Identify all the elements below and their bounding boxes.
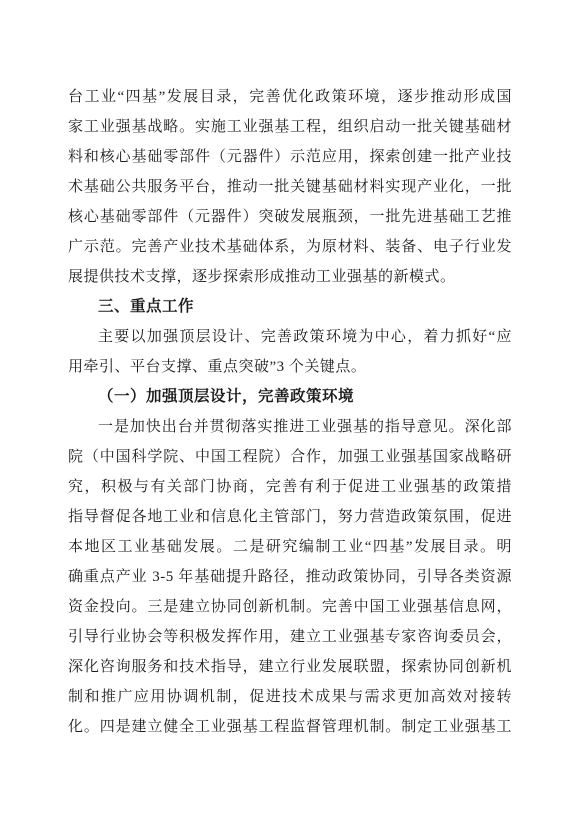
body-text-line: 术基础公共服务平台，推动一批关键基础材料实现产业化，一批 [68, 172, 512, 202]
body-text-line: 本地区工业基础发展。二是研究编制工业“四基”发展目录。明 [68, 532, 512, 562]
body-text-line: 指导督促各地工业和信息化主管部门，努力营造政策氛围，促进 [68, 502, 512, 532]
body-text-line: 化。四是建立健全工业强基工程监督管理机制。制定工业强基工 [68, 712, 512, 742]
body-text-line: 引导行业协会等积极发挥作用，建立工业强基专家咨询委员会， [68, 622, 512, 652]
body-text-line: 深化咨询服务和技术指导，建立行业发展联盟，探索协同创新机 [68, 652, 512, 682]
document-page: 台工业“四基”发展目录，完善优化政策环境，逐步推动形成国 家工业强基战略。实施工… [0, 0, 580, 820]
body-text-line: 家工业强基战略。实施工业强基工程，组织启动一批关键基础材 [68, 112, 512, 142]
body-text-line: 主要以加强顶层设计、完善政策环境为中心，着力抓好“应 [68, 322, 512, 352]
body-text-line: 核心基础零部件（元器件）突破发展瓶颈，一批先进基础工艺推 [68, 202, 512, 232]
body-text-line: 资金投向。三是建立协同创新机制。完善中国工业强基信息网， [68, 592, 512, 622]
section-heading-key-tasks: 三、重点工作 [68, 292, 512, 322]
subsection-heading-top-level-design: （一）加强顶层设计，完善政策环境 [68, 382, 512, 412]
body-text-line: 一是加快出台并贯彻落实推进工业强基的指导意见。深化部 [68, 412, 512, 442]
body-text-line: 展提供技术支撑，逐步探索形成推动工业强基的新模式。 [68, 262, 512, 292]
body-text-line: 院（中国科学院、中国工程院）合作，加强工业强基国家战略研 [68, 442, 512, 472]
body-text-line: 确重点产业 3-5 年基础提升路径，推动政策协同，引导各类资源 [68, 562, 512, 592]
body-text-line: 制和推广应用协调机制，促进技术成果与需求更加高效对接转 [68, 682, 512, 712]
body-text-line: 用牵引、平台支撑、重点突破”3 个关键点。 [68, 352, 512, 382]
text-block: 台工业“四基”发展目录，完善优化政策环境，逐步推动形成国 家工业强基战略。实施工… [68, 82, 512, 742]
body-text-line: 广示范。完善产业技术基础体系，为原材料、装备、电子行业发 [68, 232, 512, 262]
body-text-line: 料和核心基础零部件（元器件）示范应用，探索创建一批产业技 [68, 142, 512, 172]
body-text-line: 台工业“四基”发展目录，完善优化政策环境，逐步推动形成国 [68, 82, 512, 112]
body-text-line: 究，积极与有关部门协商，完善有利于促进工业强基的政策措施。 [68, 472, 512, 502]
